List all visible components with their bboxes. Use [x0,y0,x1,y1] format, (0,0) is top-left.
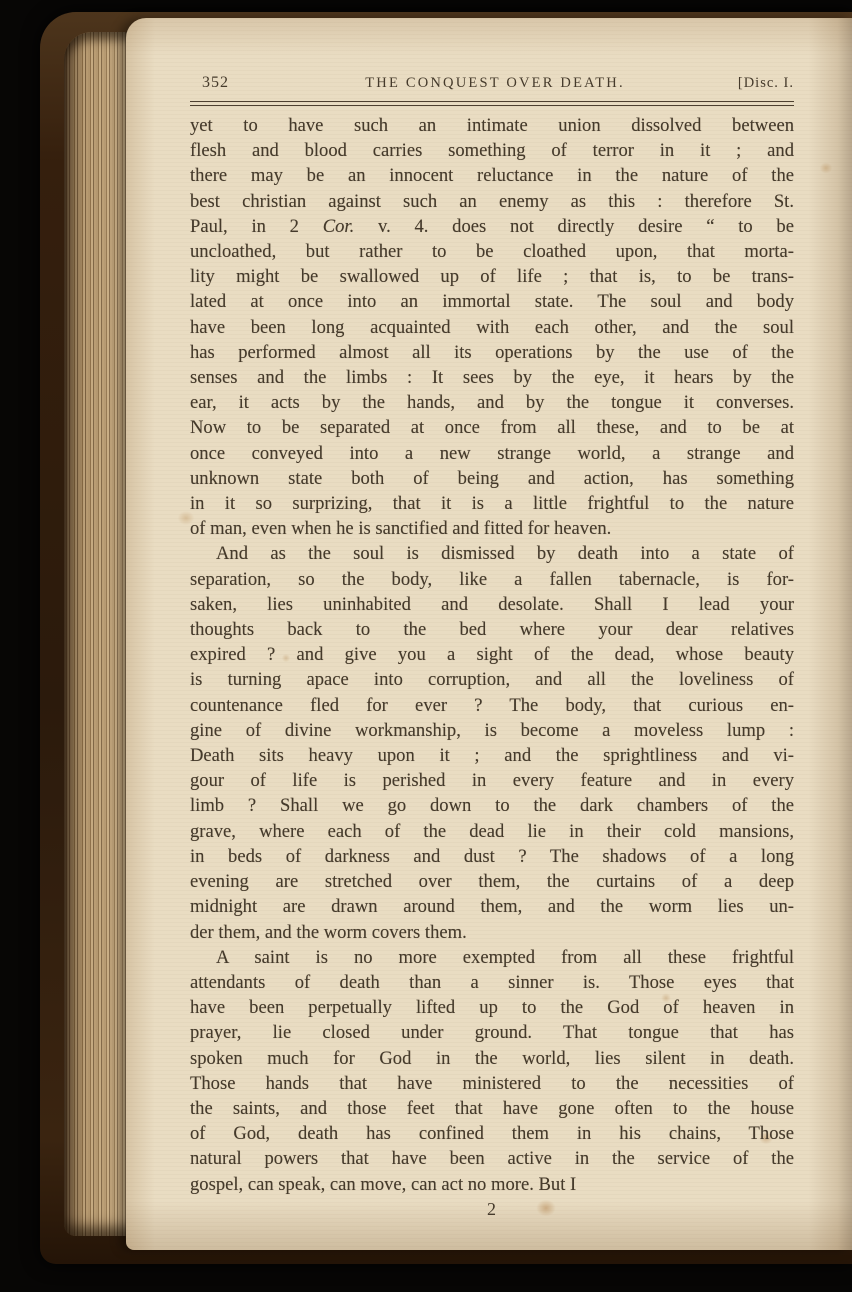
text-line: in beds of darkness and dust ? The shado… [190,844,794,869]
text-line: prayer, lie closed under ground. That to… [190,1020,794,1045]
text-line: countenance fled for ever ? The body, th… [190,693,794,718]
book-scan: 352 The Conquest over Death. [Disc. I. y… [0,0,852,1292]
text-line: in it so surprizing, that it is a little… [190,491,794,516]
text-line: flesh and blood carries something of ter… [190,138,794,163]
text-line: evening are stretched over them, the cur… [190,869,794,894]
text-line: there may be an innocent reluctance in t… [190,163,794,188]
text-line: limb ? Shall we go down to the dark cham… [190,793,794,818]
text-line: once conveyed into a new strange world, … [190,441,794,466]
signature-mark: 2 [190,1199,794,1220]
text-line: ear, it acts by the hands, and by the to… [190,390,794,415]
text-line: Paul, in 2 Cor. v. 4. does not directly … [190,214,794,239]
header-double-rule [190,101,794,106]
text-line: lated at once into an immortal state. Th… [190,289,794,314]
text-line: natural powers that have been active in … [190,1146,794,1171]
text-line: saken, lies uninhabited and desolate. Sh… [190,592,794,617]
text-line: lity might be swallowed up of life ; tha… [190,264,794,289]
text-line: best christian against such an enemy as … [190,189,794,214]
text-line: the saints, and those feet that have gon… [190,1096,794,1121]
text-line: attendants of death than a sinner is. Th… [190,970,794,995]
text-line: Death sits heavy upon it ; and the sprig… [190,743,794,768]
text-line: A saint is no more exempted from all the… [190,945,794,970]
running-title: The Conquest over Death. [292,75,698,92]
text-line: yet to have such an intimate union disso… [190,113,794,138]
text-line: is turning apace into corruption, and al… [190,667,794,692]
text-line: spoken much for God in the world, lies s… [190,1046,794,1071]
text-line: have been long acquainted with each othe… [190,315,794,340]
book-page: 352 The Conquest over Death. [Disc. I. y… [126,18,852,1250]
section-label: [Disc. I. [698,75,794,92]
text-line: grave, where each of the dead lie in the… [190,819,794,844]
text-line: unknown state both of being and action, … [190,466,794,491]
text-line: Those hands that have ministered to the … [190,1071,794,1096]
text-line: has performed almost all its operations … [190,340,794,365]
text-line: expired ? and give you a sight of the de… [190,642,794,667]
text-line: And as the soul is dismissed by death in… [190,541,794,566]
paragraph: A saint is no more exempted from all the… [190,945,794,1197]
paragraph: yet to have such an intimate union disso… [190,113,794,541]
text-line: gine of divine workmanship, is become a … [190,718,794,743]
text-line: have been perpetually lifted up to the G… [190,995,794,1020]
text-line: separation, so the body, like a fallen t… [190,567,794,592]
text-block: 352 The Conquest over Death. [Disc. I. y… [190,74,794,1220]
text-line: der them, and the worm covers them. [190,920,794,945]
text-line: of God, death has confined them in his c… [190,1121,794,1146]
text-line: senses and the limbs : It sees by the ey… [190,365,794,390]
body-text: yet to have such an intimate union disso… [190,113,794,1197]
text-line: gour of life is perished in every featur… [190,768,794,793]
page-header: 352 The Conquest over Death. [Disc. I. [190,74,794,98]
text-line: Now to be separated at once from all the… [190,415,794,440]
paragraph: And as the soul is dismissed by death in… [190,541,794,944]
text-line: midnight are drawn around them, and the … [190,894,794,919]
text-line: uncloathed, but rather to be cloathed up… [190,239,794,264]
text-line: gospel, can speak, can move, can act no … [190,1172,794,1197]
text-line: of man, even when he is sanctified and f… [190,516,794,541]
page-number: 352 [190,74,292,92]
text-line: thoughts back to the bed where your dear… [190,617,794,642]
